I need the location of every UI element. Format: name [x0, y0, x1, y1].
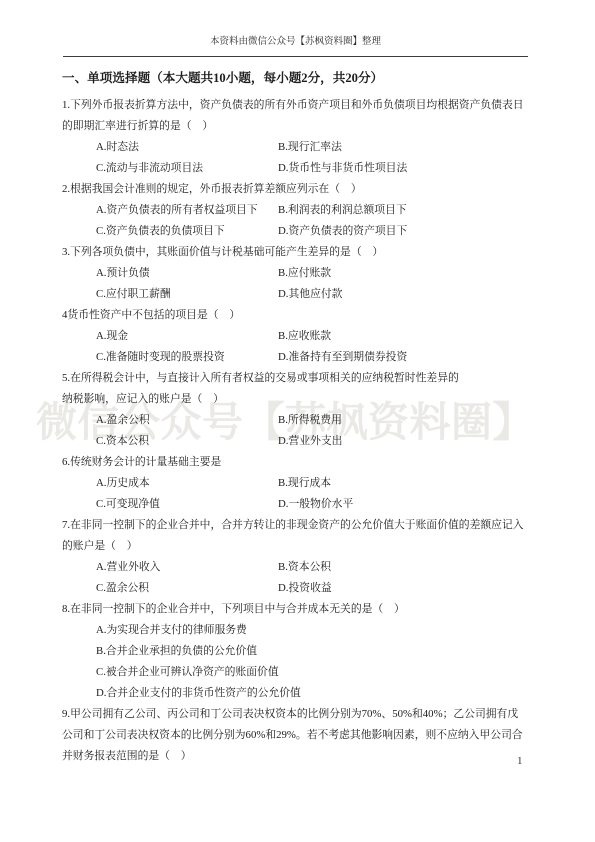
option-row: C.应付职工薪酬 D.其他应付款	[62, 284, 540, 305]
option-row: C.可变现净值 D.一般物价水平	[62, 494, 540, 515]
stem-line: 纳税影响，应记入的账户是（ ）	[62, 389, 540, 410]
option-row: A.盈余公积 B.所得税费用	[62, 410, 540, 431]
stem-line: 9.甲公司拥有乙公司、丙公司和丁公司表决权资本的比例分别为70%、50%和40%…	[62, 704, 540, 725]
option-row: D.合并企业支付的非货币性资产的公允价值	[62, 683, 540, 704]
option-b: B.应收账款	[278, 326, 331, 347]
stem-line: 并财务报表范围的是（ ）	[62, 746, 540, 767]
option-c: C.流动与非流动项目法	[96, 162, 203, 174]
stem-line: 5.在所得税会计中，与直接计入所有者权益的交易或事项相关的应纳税暂时性差异的	[62, 368, 540, 389]
exam-content: 一、单项选择题（本大题共10小题，每小题2分，共20分） 1.下列外币报表折算方…	[62, 68, 540, 767]
option-a: A.现金	[96, 330, 128, 342]
stem-line: 6.传统财务会计的计量基础主要是	[62, 452, 540, 473]
option-a: A.为实现合并支付的律师服务费	[96, 624, 247, 636]
option-d: D.准备持有至到期债券投资	[278, 347, 407, 368]
option-a: A.时态法	[96, 141, 139, 153]
option-c: C.资本公积	[96, 435, 149, 447]
option-a: A.盈余公积	[96, 414, 150, 426]
option-d: D.合并企业支付的非货币性资产的公允价值	[96, 687, 301, 699]
option-d: D.营业外支出	[278, 431, 342, 452]
stem-line: 8.在非同一控制下的企业合并中，下列项目中与合并成本无关的是（ ）	[62, 599, 540, 620]
stem-line: 2.根据我国会计准则的规定，外币报表折算差额应列示在（ ）	[62, 179, 540, 200]
option-c: C.被合并企业可辨认净资产的账面价值	[96, 666, 279, 678]
option-row: A.时态法 B.现行汇率法	[62, 137, 540, 158]
option-d: D.资产负债表的资产项目下	[278, 221, 407, 242]
question-7: 7.在非同一控制下的企业合并中，合并方转让的非现金资产的公允价值大于账面价值的差…	[62, 515, 540, 599]
question-5: 5.在所得税会计中，与直接计入所有者权益的交易或事项相关的应纳税暂时性差异的 纳…	[62, 368, 540, 452]
question-9: 9.甲公司拥有乙公司、丙公司和丁公司表决权资本的比例分别为70%、50%和40%…	[62, 704, 540, 767]
option-a: A.资产负债表的所有者权益项目下	[96, 204, 258, 216]
option-row: C.盈余公积 D.投资收益	[62, 578, 540, 599]
question-6: 6.传统财务会计的计量基础主要是 A.历史成本 B.现行成本 C.可变现净值 D…	[62, 452, 540, 515]
stem-line: 的账户是（ ）	[62, 536, 540, 557]
option-c: C.盈余公积	[96, 582, 149, 594]
question-4: 4货币性资产中不包括的项目是（ ） A.现金 B.应收账款 C.准备随时变现的股…	[62, 305, 540, 368]
option-row: A.现金 B.应收账款	[62, 326, 540, 347]
option-b: B.利润表的利润总额项目下	[278, 200, 407, 221]
stem-line: 7.在非同一控制下的企业合并中，合并方转让的非现金资产的公允价值大于账面价值的差…	[62, 515, 540, 536]
option-row: A.营业外收入 B.资本公积	[62, 557, 540, 578]
question-2: 2.根据我国会计准则的规定，外币报表折算差额应列示在（ ） A.资产负债表的所有…	[62, 179, 540, 242]
question-3: 3.下列各项负债中，其账面价值与计税基础可能产生差异的是（ ） A.预计负债 B…	[62, 242, 540, 305]
option-row: C.资产负债表的负债项目下 D.资产负债表的资产项目下	[62, 221, 540, 242]
page-number: 1	[517, 755, 523, 767]
option-d: D.投资收益	[278, 578, 332, 599]
option-a: A.历史成本	[96, 477, 150, 489]
option-d: D.货币性与非货币性项目法	[278, 158, 407, 179]
option-b: B.资本公积	[278, 557, 331, 578]
header-note: 本资料由微信公众号【苏枫资料圈】整理	[63, 30, 528, 57]
section-title: 一、单项选择题（本大题共10小题，每小题2分，共20分）	[62, 68, 540, 89]
stem-line: 4货币性资产中不包括的项目是（ ）	[62, 305, 540, 326]
option-row: C.被合并企业可辨认净资产的账面价值	[62, 662, 540, 683]
option-row: A.为实现合并支付的律师服务费	[62, 620, 540, 641]
stem-line: 1.下列外币报表折算方法中，资产负债表的所有外币资产项目和外币负债项目均根据资产…	[62, 95, 540, 116]
option-b: B.应付账款	[278, 263, 331, 284]
question-8: 8.在非同一控制下的企业合并中，下列项目中与合并成本无关的是（ ） A.为实现合…	[62, 599, 540, 704]
option-row: B.合并企业承担的负债的公允价值	[62, 641, 540, 662]
question-1: 1.下列外币报表折算方法中，资产负债表的所有外币资产项目和外币负债项目均根据资产…	[62, 95, 540, 179]
option-d: D.一般物价水平	[278, 494, 353, 515]
option-row: C.流动与非流动项目法 D.货币性与非货币性项目法	[62, 158, 540, 179]
option-d: D.其他应付款	[278, 284, 342, 305]
option-c: C.可变现净值	[96, 498, 160, 510]
option-c: C.应付职工薪酬	[96, 288, 171, 300]
option-b: B.现行汇率法	[278, 137, 342, 158]
option-row: A.预计负债 B.应付账款	[62, 263, 540, 284]
stem-line: 3.下列各项负债中，其账面价值与计税基础可能产生差异的是（ ）	[62, 242, 540, 263]
option-row: C.准备随时变现的股票投资 D.准备持有至到期债券投资	[62, 347, 540, 368]
option-b: B.现行成本	[278, 473, 331, 494]
stem-line: 的即期汇率进行折算的是（ ）	[62, 116, 540, 137]
option-row: A.历史成本 B.现行成本	[62, 473, 540, 494]
exam-page: { "header": { "text": "本资料由微信公众号【苏枫资料圈】整…	[0, 0, 595, 842]
option-row: C.资本公积 D.营业外支出	[62, 431, 540, 452]
stem-line: 公司和丁公司表决权资本的比例分别为60%和29%。若不考虑其他影响因素，则不应纳…	[62, 725, 540, 746]
option-row: A.资产负债表的所有者权益项目下 B.利润表的利润总额项目下	[62, 200, 540, 221]
option-a: A.营业外收入	[96, 561, 160, 573]
option-b: B.所得税费用	[278, 410, 342, 431]
option-c: C.准备随时变现的股票投资	[96, 351, 225, 363]
option-b: B.合并企业承担的负债的公允价值	[96, 645, 257, 657]
option-c: C.资产负债表的负债项目下	[96, 225, 225, 237]
option-a: A.预计负债	[96, 267, 150, 279]
